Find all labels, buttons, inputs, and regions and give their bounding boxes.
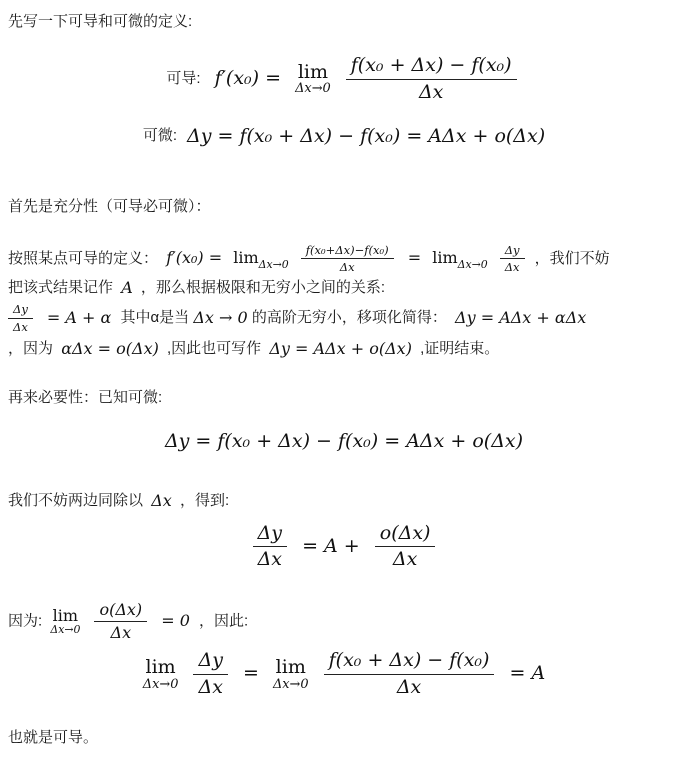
fraction-denominator: Δx	[193, 675, 227, 700]
line2-text-b: ，那么根据极限和无穷小之间的关系:	[141, 278, 385, 295]
formula-label-kedao: 可导:	[166, 67, 200, 91]
because-paragraph: 因为: lim Δx→0 o(Δx) Δx = 0 ，因此:	[8, 600, 680, 643]
line4-text-1: ，因为	[8, 340, 53, 357]
lim-word: lim	[146, 658, 176, 678]
fraction-denominator: Δx	[253, 547, 287, 572]
formula-differential-definition: 可微: Δy = f(x₀ + Δx) − f(x₀) = AΔx + o(Δx…	[8, 121, 680, 151]
lim-subscript: Δx→0	[295, 82, 331, 96]
fraction: Δy Δx	[253, 522, 287, 573]
fraction-numerator: f(x₀+Δx)−f(x₀)	[301, 243, 394, 259]
line1-prefix-text: 按照某点可导的定义：	[8, 250, 158, 267]
line4-text-3: ,证明结束。	[420, 340, 499, 357]
ratio-math: Δy Δx = A + o(Δx) Δx	[248, 522, 441, 573]
fraction: o(Δx) Δx	[94, 600, 147, 643]
limit-operator: lim Δx→0	[50, 608, 80, 636]
equals-zero: = 0	[161, 611, 190, 630]
limit-operator: lim Δx→0	[273, 658, 309, 692]
equals-sign: =	[243, 662, 259, 684]
fraction-denominator: Δx	[94, 622, 147, 643]
limit-operator-inline: limΔx→0	[233, 248, 288, 267]
limit-operator-inline: limΔx→0	[432, 248, 487, 267]
final-limit-math: lim Δx→0 Δy Δx = lim Δx→0 f(x₀ + Δx) − f…	[139, 649, 549, 700]
inline-derivative-math: f′(x₀) = limΔx→0 f(x₀+Δx)−f(x₀) Δx = lim…	[162, 248, 534, 267]
intro-paragraph: 先写一下可导和可微的定义:	[8, 10, 680, 34]
necessity-heading: 再来必要性：已知可微:	[8, 386, 680, 410]
inline-delta-x: Δx	[151, 491, 172, 510]
fraction-denominator: Δx	[500, 259, 525, 274]
lim-subscript: Δx→0	[458, 258, 488, 271]
fraction: Δy Δx	[8, 302, 33, 334]
fraction: Δy Δx	[193, 649, 227, 700]
divide-paragraph: 我们不妨两边同除以 Δx ，得到:	[8, 488, 680, 514]
fraction-denominator: Δx	[8, 319, 33, 334]
formula-label-kewei: 可微:	[143, 124, 177, 148]
sufficiency-line-4: ，因为 αΔx = o(Δx) ,因此也可写作 Δy = AΔx + o(Δx)…	[8, 336, 680, 362]
math-lhs: f′(x₀) =	[166, 248, 222, 267]
fraction-denominator: Δx	[346, 80, 517, 105]
lim-word: lim	[53, 608, 78, 625]
inline-symbol-A: A	[121, 278, 133, 297]
fraction-numerator: f(x₀ + Δx) − f(x₀)	[346, 54, 517, 80]
fraction: f(x₀+Δx)−f(x₀) Δx	[301, 243, 394, 275]
lim-subscript: Δx→0	[259, 258, 289, 271]
limit-operator: lim Δx→0	[295, 63, 331, 97]
because-suffix-text: ，因此:	[199, 613, 248, 630]
fraction-numerator: Δy	[253, 522, 287, 548]
line1-suffix-text: ，我们不妨	[535, 250, 610, 267]
sufficiency-line-3: Δy Δx = A + α 其中α是当 Δx → 0 的高阶无穷小，移项化简得：…	[8, 302, 680, 334]
fraction-denominator: Δx	[301, 259, 394, 274]
line3-text-2: 的高阶无穷小，移项化简得：	[252, 309, 447, 326]
equation-tail: = A + α	[47, 308, 111, 327]
derivative-definition-math: f′(x₀) = lim Δx→0 f(x₀ + Δx) − f(x₀) Δx	[211, 54, 522, 105]
fraction-denominator: Δx	[324, 675, 495, 700]
fraction-numerator: o(Δx)	[94, 600, 147, 622]
fraction-numerator: Δy	[500, 243, 525, 259]
fraction-numerator: f(x₀ + Δx) − f(x₀)	[324, 649, 495, 675]
limit-operator: lim Δx→0	[143, 658, 179, 692]
equals-A: = A	[510, 662, 546, 684]
equals-sign: =	[408, 248, 421, 267]
divide-text-a: 我们不妨两边同除以	[8, 492, 143, 509]
lim-word: lim	[276, 658, 306, 678]
inline-delta-equation: Δy = AΔx + αΔx	[455, 308, 586, 327]
fraction-numerator: o(Δx)	[375, 522, 436, 548]
formula-known-differential: Δy = f(x₀ + Δx) − f(x₀) = AΔx + o(Δx)	[8, 426, 680, 456]
sufficiency-line-1: 按照某点可导的定义： f′(x₀) = limΔx→0 f(x₀+Δx)−f(x…	[8, 243, 680, 275]
conclusion-paragraph: 也就是可导。	[8, 726, 680, 750]
fraction-numerator: Δy	[193, 649, 227, 675]
equation-middle: = A +	[302, 535, 360, 557]
article-body: 先写一下可导和可微的定义: 可导: f′(x₀) = lim Δx→0 f(x₀…	[8, 10, 680, 750]
lim-word: lim	[298, 63, 328, 83]
line4-text-2: ,因此也可写作	[167, 340, 261, 357]
line2-text-a: 把该式结果记作	[8, 278, 113, 295]
fraction: Δy Δx	[500, 243, 525, 275]
sufficiency-heading: 首先是充分性（可导必可微）：	[8, 195, 680, 219]
fraction: f(x₀ + Δx) − f(x₀) Δx	[324, 649, 495, 700]
lim-subscript: Δx→0	[143, 678, 179, 692]
differential-definition-math: Δy = f(x₀ + Δx) − f(x₀) = AΔx + o(Δx)	[187, 121, 545, 151]
lim-subscript: Δx→0	[50, 624, 80, 635]
line3-text-1: 其中α是当	[120, 309, 189, 326]
formula-derivative-definition: 可导: f′(x₀) = lim Δx→0 f(x₀ + Δx) − f(x₀)…	[8, 54, 680, 105]
sufficiency-line-2: 把该式结果记作 A ，那么根据极限和无穷小之间的关系:	[8, 275, 680, 301]
fraction-numerator: Δy	[8, 302, 33, 318]
fraction-denominator: Δx	[375, 547, 436, 572]
fraction: o(Δx) Δx	[375, 522, 436, 573]
formula-ratio: Δy Δx = A + o(Δx) Δx	[8, 522, 680, 573]
known-differential-math: Δy = f(x₀ + Δx) − f(x₀) = AΔx + o(Δx)	[165, 426, 523, 456]
inline-limit-zero-math: lim Δx→0 o(Δx) Δx = 0	[46, 611, 199, 630]
inline-result-equation: Δy = AΔx + o(Δx)	[269, 339, 412, 358]
fraction: f(x₀ + Δx) − f(x₀) Δx	[346, 54, 517, 105]
math-lhs: f′(x₀) =	[215, 67, 281, 89]
because-text: 因为:	[8, 613, 42, 630]
divide-text-b: ，得到:	[180, 492, 229, 509]
inline-ratio-math: Δy Δx = A + α	[8, 308, 120, 327]
inline-little-o-equation: αΔx = o(Δx)	[61, 339, 159, 358]
formula-final-limit: lim Δx→0 Δy Δx = lim Δx→0 f(x₀ + Δx) − f…	[8, 649, 680, 700]
inline-limit-expression: Δx → 0	[193, 308, 247, 327]
lim-subscript: Δx→0	[273, 678, 309, 692]
